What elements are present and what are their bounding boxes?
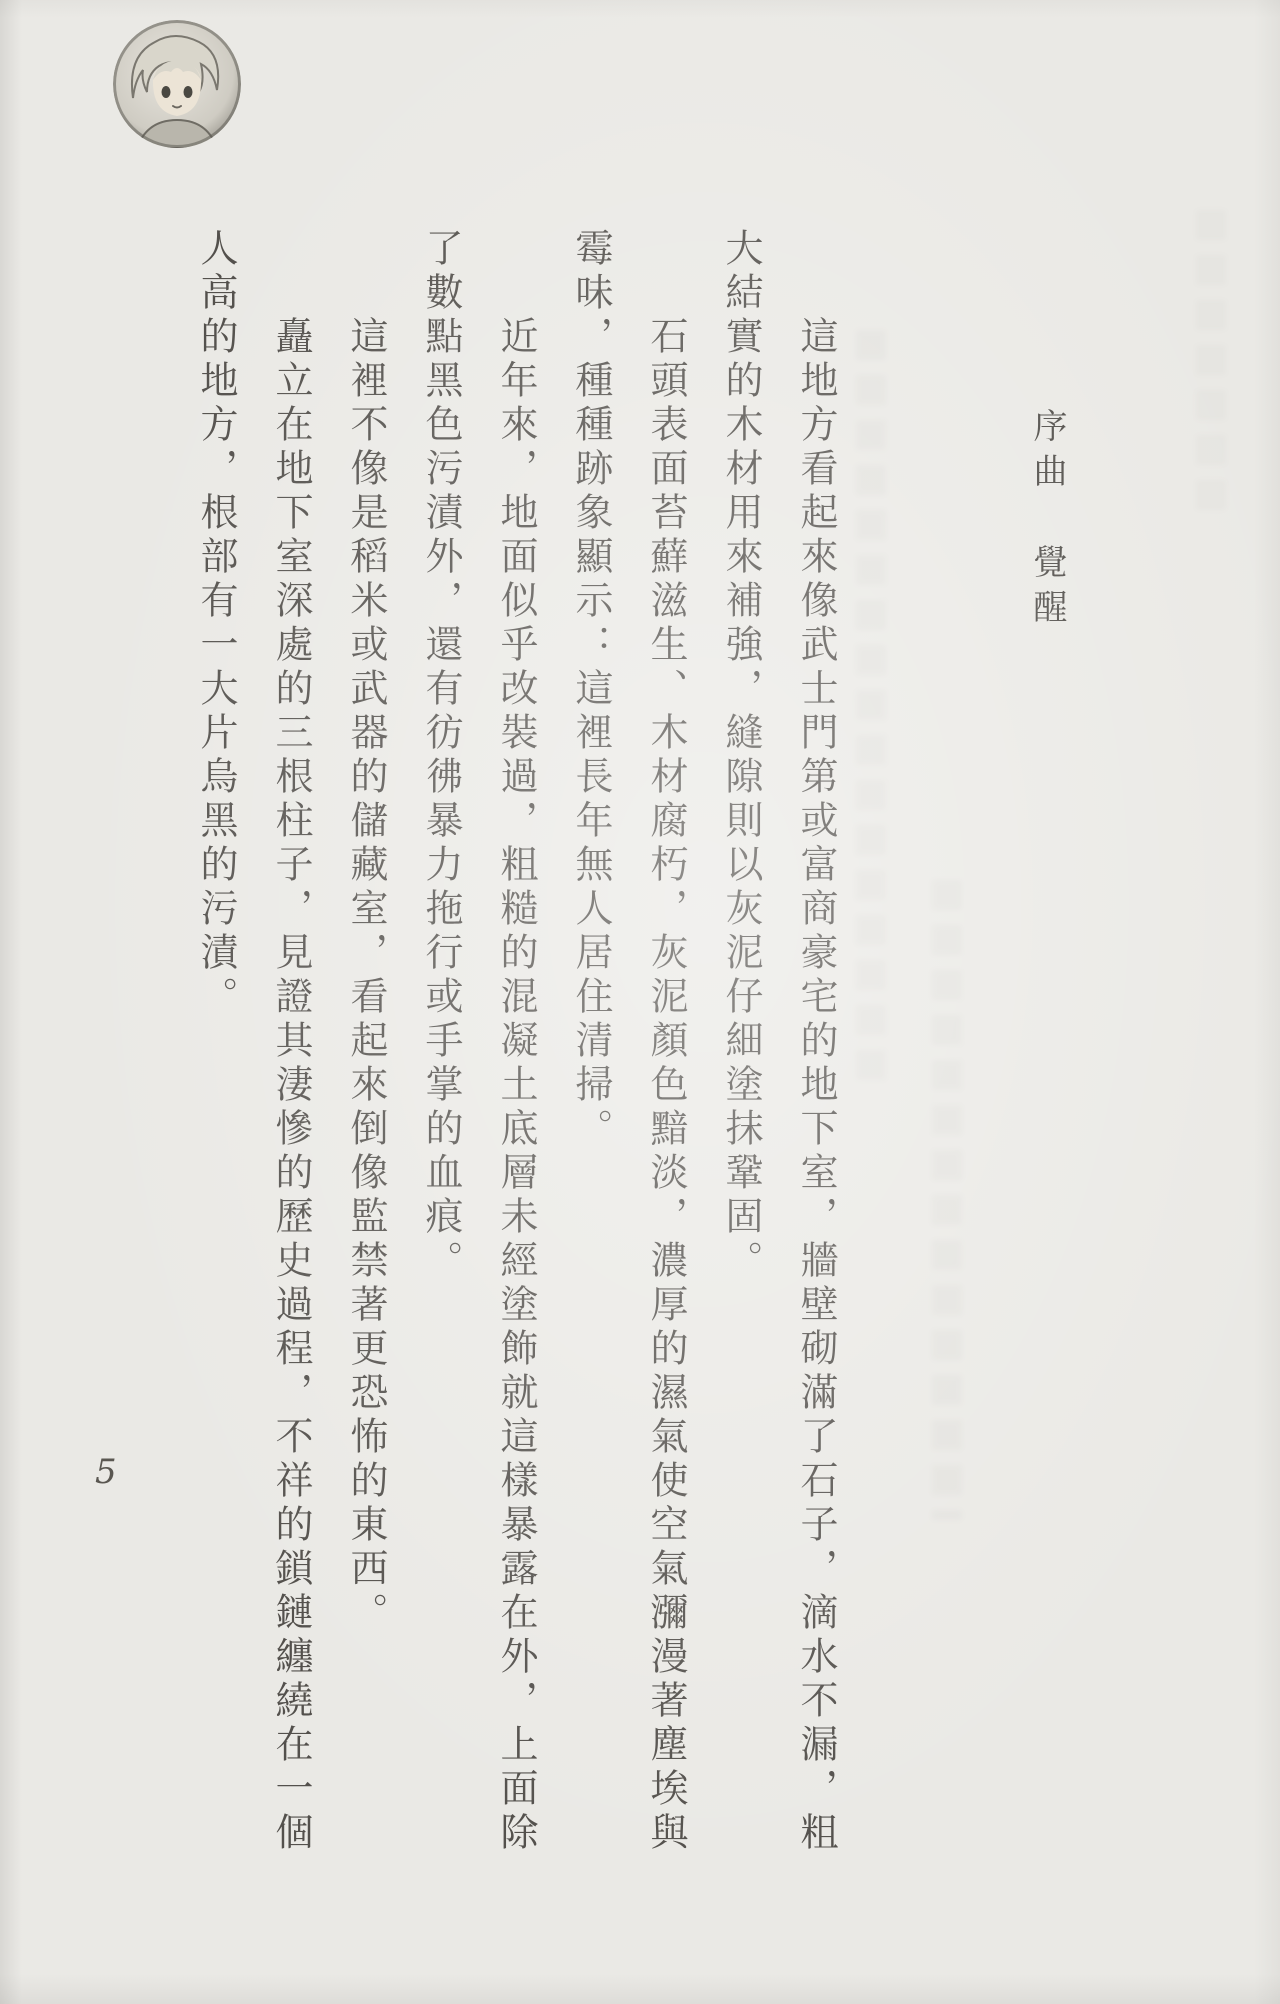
body-text: 這地方看起來像武士門第或富商豪宅的地下室，牆壁砌滿了石子，滴水不漏，粗大結實的木… [169, 228, 853, 1866]
character-portrait-image [113, 20, 241, 148]
page-number: 5 [95, 1452, 117, 1492]
showthrough-ghost-text [856, 330, 886, 1090]
paragraph: 這裡不像是稻米或武器的儲藏室，看起來倒像監禁著更恐怖的東西。 [328, 228, 403, 1866]
showthrough-ghost-text [932, 880, 962, 1520]
chapter-title: 序曲覺醒 [1027, 408, 1067, 634]
paragraph: 這地方看起來像武士門第或富商豪宅的地下室，牆壁砌滿了石子，滴水不漏，粗大結實的木… [703, 228, 853, 1866]
chapter-title-name: 覺醒 [1027, 498, 1067, 634]
book-page: 序曲覺醒 這地方看起來像武士門第或富商豪宅的地下室，牆壁砌滿了石子，滴水不漏，粗… [0, 0, 1280, 2004]
chapter-title-prologue: 序曲 [1027, 408, 1067, 498]
character-portrait [113, 20, 241, 148]
showthrough-ghost-text [1196, 210, 1226, 510]
paragraph: 石頭表面苔蘚滋生、木材腐朽，灰泥顏色黯淡，濃厚的濕氣使空氣瀰漫著塵埃與霉味，種種… [553, 228, 703, 1866]
paragraph: 近年來，地面似乎改裝過，粗糙的混凝土底層未經塗飾就這樣暴露在外，上面除了數點黑色… [403, 228, 553, 1866]
paragraph: 矗立在地下室深處的三根柱子，見證其淒慘的歷史過程，不祥的鎖鏈纏繞在一個人高的地方… [178, 228, 328, 1866]
